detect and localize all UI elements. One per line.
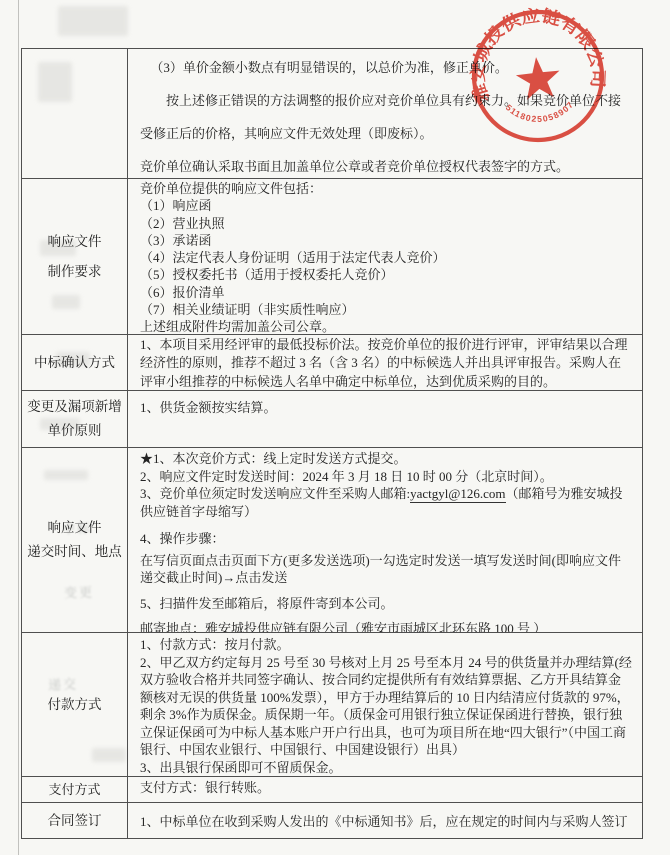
- paragraph: 2、甲乙双方约定每月 25 号至 30 号核对上月 25 号至本月 24 号的供…: [140, 654, 632, 759]
- table-row-contract-signing: 合同签订 1、中标单位在收到采购人发出的《中标通知书》后，应在规定的时间内与采购…: [22, 803, 642, 838]
- paragraph: 2、响应文件定时发送时间：2024 年 3 月 18 日 10 时 00 分（北…: [140, 468, 632, 486]
- list-line: 上述组成附件均需加盖公司公章。: [140, 318, 632, 334]
- page-scan-edge: [18, 0, 19, 855]
- row-label: 付款方式: [22, 633, 128, 776]
- table-row-response-doc-requirements: 响应文件 制作要求 竞价单位提供的响应文件包括： （1）响应函 （2）营业执照 …: [22, 179, 642, 335]
- paragraph: 4、操作步骤：: [140, 530, 632, 548]
- paragraph: 竞价单位确认采取书面且加盖单位公章或者竞价单位授权代表签字的方式。: [140, 150, 632, 178]
- list-line: （2）营业执照: [140, 215, 632, 232]
- row-label: 中标确认方式: [22, 335, 128, 390]
- email-address[interactable]: yactgyl@126.com: [410, 486, 505, 503]
- row-label-line: 递交时间、地点: [27, 544, 122, 560]
- row-label: 变更及漏项新增 单价原则: [22, 391, 128, 447]
- payment-terms-content: 1、付款方式：按月付款。 2、甲乙双方约定每月 25 号至 30 号核对上月 2…: [128, 633, 642, 776]
- list-line: （3）承诺函: [140, 232, 632, 249]
- list-line: （7）相关业绩证明（非实质性响应）: [140, 301, 632, 318]
- table-row-award-confirmation: 中标确认方式 1、本项目采用经评审的最低投标价法。按竞价单位的报价进行评审，评审…: [22, 335, 642, 391]
- table-row-change-pricing-principle: 变更及漏项新增 单价原则 1、供货金额按实结算。: [22, 391, 642, 448]
- paragraph: 3、出具银行保函即可不留质保金。: [140, 759, 632, 777]
- row-label-line: 付款方式: [48, 697, 102, 713]
- row-label-line: 支付方式: [48, 782, 100, 798]
- row-label-line: 响应文件: [48, 234, 102, 250]
- email-prefix: 3、竞价单位须定时发送响应文件至采购人邮箱:: [140, 486, 410, 501]
- paragraph-email: 3、竞价单位须定时发送响应文件至采购人邮箱:yactgyl@126.com（邮箱…: [140, 485, 632, 520]
- bidding-terms-table: （3）单价金额小数点有明显错误的，以总价为准，修正单价。 按上述修正错误的方法调…: [21, 48, 643, 839]
- row-label: 响应文件 递交时间、地点: [22, 448, 128, 632]
- correction-rules-content: （3）单价金额小数点有明显错误的，以总价为准，修正单价。 按上述修正错误的方法调…: [128, 49, 642, 178]
- bleed-through-smudge: [58, 6, 128, 36]
- list-line: （4）法定代表人身份证明（适用于法定代表人竞价）: [140, 249, 632, 266]
- list-line: （6）报价清单: [140, 284, 632, 301]
- row-label-line: 合同签订: [48, 813, 102, 829]
- table-row-submission-time-place: 响应文件 递交时间、地点 ★1、本次竞价方式：线上定时发送方式提交。 2、响应文…: [22, 448, 642, 633]
- paragraph: 邮寄地点：雅安城投供应链有限公司（雅安市雨城区北环东路 100 号 ）: [140, 620, 632, 632]
- paragraph: 5、扫描件发至邮箱后，将原件寄到本公司。: [140, 595, 632, 613]
- list-line: 竞价单位提供的响应文件包括：: [140, 180, 632, 197]
- list-line: （5）授权委托书（适用于授权委托人竞价）: [140, 266, 632, 283]
- paragraph: 1、本项目采用经评审的最低投标价法。按竞价单位的报价进行评审，评审结果以合理经济…: [140, 336, 632, 390]
- row-label-empty: [22, 49, 128, 178]
- paragraph: 1、供货金额按实结算。: [140, 399, 632, 417]
- contract-signing-content: 1、中标单位在收到采购人发出的《中标通知书》后，应在规定的时间内与采购人签订: [128, 803, 642, 838]
- submission-content: ★1、本次竞价方式：线上定时发送方式提交。 2、响应文件定时发送时间：2024 …: [128, 448, 642, 632]
- table-row-payment-terms: 付款方式 1、付款方式：按月付款。 2、甲乙双方约定每月 25 号至 30 号核…: [22, 633, 642, 777]
- response-doc-list: 竞价单位提供的响应文件包括： （1）响应函 （2）营业执照 （3）承诺函 （4）…: [128, 179, 642, 334]
- award-confirmation-content: 1、本项目采用经评审的最低投标价法。按竞价单位的报价进行评审，评审结果以合理经济…: [128, 335, 642, 390]
- paragraph: 支付方式：银行转账。: [140, 780, 632, 796]
- paragraph: 1、付款方式：按月付款。: [140, 636, 632, 654]
- change-pricing-content: 1、供货金额按实结算。: [128, 391, 642, 447]
- row-label-line: 变更及漏项新增: [27, 399, 122, 415]
- row-label-line: 制作要求: [48, 264, 102, 280]
- paragraph: 按上述修正错误的方法调整的报价应对竞价单位具有约束力。如果竞价单位不接受修正后的…: [140, 84, 632, 150]
- paragraph: 在写信页面点击页面下方(更多发送选项)一勾选定时发送一填写发送时间(即响应文件递…: [140, 552, 632, 587]
- row-label-line: 中标确认方式: [34, 355, 115, 371]
- table-row-payment-method: 支付方式 支付方式：银行转账。: [22, 777, 642, 803]
- row-label: 合同签订: [22, 803, 128, 838]
- row-label: 支付方式: [22, 777, 128, 802]
- row-label-line: 响应文件: [48, 520, 102, 536]
- table-row-correction-rules: （3）单价金额小数点有明显错误的，以总价为准，修正单价。 按上述修正错误的方法调…: [22, 49, 642, 179]
- paragraph-starred: ★1、本次竞价方式：线上定时发送方式提交。: [140, 450, 632, 468]
- row-label-line: 单价原则: [48, 423, 102, 439]
- paragraph: 1、中标单位在收到采购人发出的《中标通知书》后，应在规定的时间内与采购人签订: [140, 814, 632, 830]
- paragraph: （3）单价金额小数点有明显错误的，以总价为准，修正单价。: [140, 51, 632, 84]
- row-label: 响应文件 制作要求: [22, 179, 128, 334]
- list-line: （1）响应函: [140, 197, 632, 214]
- payment-method-content: 支付方式：银行转账。: [128, 777, 642, 802]
